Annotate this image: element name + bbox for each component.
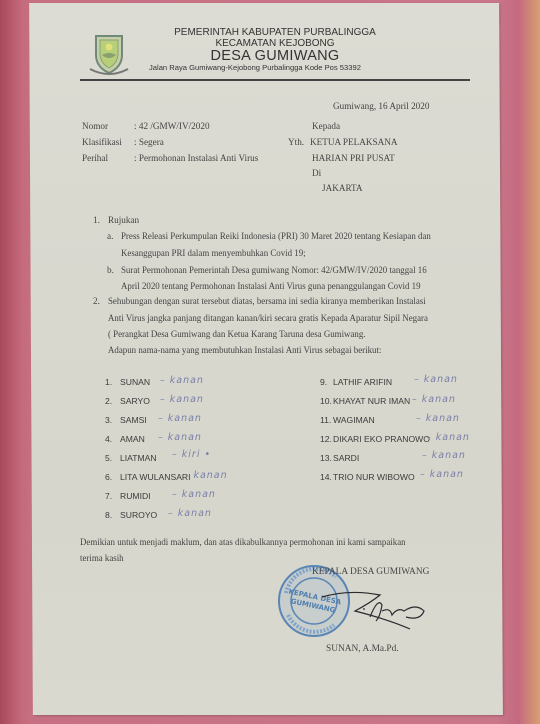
handwritten-hand: - kanan <box>185 470 228 481</box>
meta-label-klasifikasi: Klasifikasi <box>82 137 122 147</box>
name-entry: SUROYO <box>120 510 157 520</box>
handwritten-hand: – kanan <box>158 413 202 424</box>
name-entry: WAGIMAN <box>333 415 375 425</box>
handwritten-hand: – kanan <box>414 374 458 385</box>
name-number: 5. <box>105 453 112 463</box>
name-number: 10. <box>320 396 332 406</box>
meta-value-nomor: : 42 /GMW/IV/2020 <box>134 121 210 131</box>
name-entry: RUMIDI <box>120 491 151 501</box>
letter-date: Gumiwang, 16 April 2020 <box>333 101 429 111</box>
handwritten-hand: – kanan <box>158 432 202 443</box>
point-a-label: a. <box>107 231 113 241</box>
name-number: 7. <box>105 491 112 501</box>
name-number: 11. <box>320 415 331 425</box>
recipient-city: JAKARTA <box>322 183 363 193</box>
name-number: 14. <box>320 472 332 482</box>
handwritten-hand: – kanan <box>412 394 456 405</box>
handwritten-hand: – kanan <box>160 375 204 386</box>
name-entry: AMAN <box>120 434 145 444</box>
name-entry: LITA WULANSARI <box>120 472 191 482</box>
name-entry: LIATMAN <box>120 453 157 463</box>
recipient-kepada: Kepada <box>312 121 340 131</box>
name-entry: DIKARI EKO PRANOWO <box>333 434 430 444</box>
name-entry: SAMSI <box>120 415 147 425</box>
handwritten-hand: – kanan <box>422 450 466 461</box>
name-entry: SARYO <box>120 396 150 406</box>
recipient-line1: KETUA PELAKSANA <box>310 137 398 147</box>
name-entry: SARDI <box>333 453 359 463</box>
closing-line1: Demikian untuk menjadi maklum, dan atas … <box>80 537 406 547</box>
point-a-line1: Press Releasi Perkumpulan Reiki Indonesi… <box>121 231 431 241</box>
name-number: 3. <box>105 415 112 425</box>
letterhead-divider <box>80 79 470 81</box>
letterhead-village: DESA GUMIWANG <box>140 48 410 64</box>
meta-value-perihal: : Permohonan Instalasi Anti Virus <box>134 153 258 163</box>
name-number: 2. <box>105 396 112 406</box>
point-b-line2: April 2020 tentang Permohonan Instalasi … <box>121 281 421 291</box>
recipient-line2: HARIAN PRI PUSAT <box>312 153 395 163</box>
handwritten-hand: – kanan <box>160 394 204 405</box>
name-number: 6. <box>105 472 112 482</box>
handwritten-signature-icon <box>320 585 440 635</box>
name-entry: SUNAN <box>120 377 150 387</box>
point-2-line2: Anti Virus jangka panjang ditangan kanan… <box>108 313 428 323</box>
point-2-line3: ( Perangkat Desa Gumiwang dan Ketua Kara… <box>108 329 366 339</box>
point-a-line2: Kesanggupan PRI dalam menyembuhkan Covid… <box>121 248 306 258</box>
handwritten-hand: – kanan <box>420 469 464 480</box>
meta-label-perihal: Perihal <box>82 153 108 163</box>
meta-value-klasifikasi: : Segera <box>134 137 164 147</box>
meta-label-nomor: Nomor <box>82 121 108 131</box>
name-number: 8. <box>105 510 112 520</box>
handwritten-hand: – kiri • <box>172 449 211 460</box>
handwritten-hand: – kanan <box>172 489 216 500</box>
recipient-di: Di <box>312 168 321 178</box>
name-entry: KHAYAT NUR IMAN <box>333 396 410 406</box>
name-entry: LATHIF ARIFIN <box>333 377 392 387</box>
name-number: 9. <box>320 377 327 387</box>
point-2-number: 2. <box>93 296 100 306</box>
point-1-number: 1. <box>93 215 100 225</box>
signature-title: KEPALA DESA GUMIWANG <box>312 567 429 577</box>
letterhead-government: PEMERINTAH KABUPATEN PURBALINGGA <box>140 27 410 38</box>
recipient-yth: Yth. <box>288 137 304 147</box>
handwritten-hand: – kanan <box>426 432 470 443</box>
name-entry: TRIO NUR WIBOWO <box>333 472 415 482</box>
regency-coat-of-arms-icon <box>88 33 130 77</box>
closing-line2: terima kasih <box>80 553 124 563</box>
point-2-line1: Sehubungan dengan surat tersebut diatas,… <box>108 296 426 306</box>
handwritten-hand: – kanan <box>168 508 212 519</box>
name-number: 4. <box>105 434 112 444</box>
name-number: 13. <box>320 453 332 463</box>
name-number: 1. <box>105 377 112 387</box>
point-b-label: b. <box>107 265 114 275</box>
handwritten-hand: – kanan <box>416 413 460 424</box>
letterhead-address: Jalan Raya Gumiwang-Kejobong Purbalingga… <box>145 63 409 72</box>
signatory-name: SUNAN, A.Ma.Pd. <box>326 644 399 654</box>
point-2-line4: Adapun nama-nama yang membutuhkan Instal… <box>108 345 381 355</box>
point-b-line1: Surat Permohonan Pemerintah Desa gumiwan… <box>121 265 427 275</box>
name-number: 12. <box>320 434 332 444</box>
point-1-title: Rujukan <box>108 215 139 225</box>
